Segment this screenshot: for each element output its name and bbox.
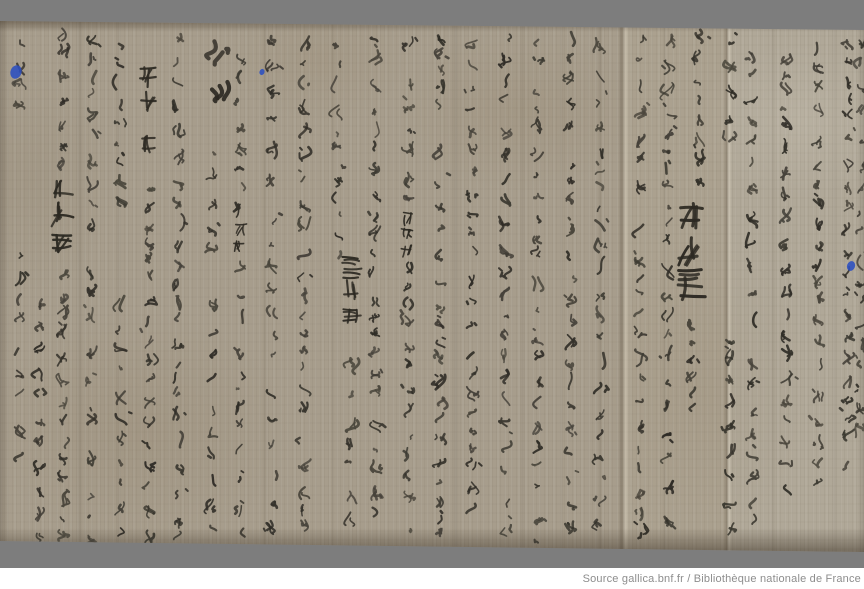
attribution-text: Source gallica.bnf.fr / Bibliothèque nat… [583,573,864,585]
calligraphy-ink-layer [0,0,864,568]
text-columns [13,28,864,546]
blue-ink-dot [846,260,857,272]
section-labels [52,41,706,323]
manuscript-photo [0,0,864,568]
attribution-bar: Source gallica.bnf.fr / Bibliothèque nat… [0,568,864,589]
gallica-image-viewport: Source gallica.bnf.fr / Bibliothèque nat… [0,0,864,589]
blue-ink-marks [8,64,856,272]
blue-ink-dot [259,68,266,76]
blue-ink-dot [8,64,23,81]
